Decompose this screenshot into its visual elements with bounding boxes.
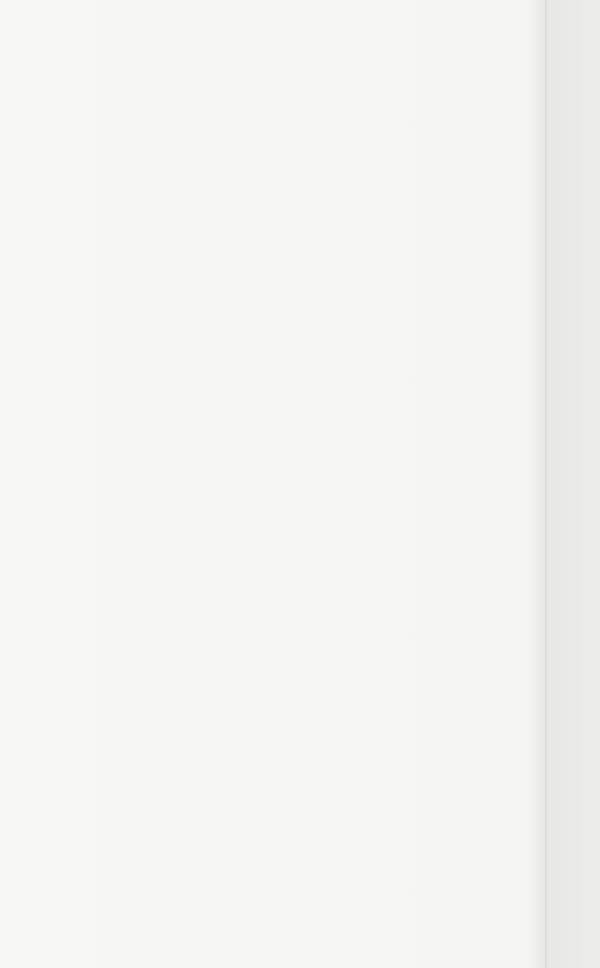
page-edge-strip	[545, 0, 600, 968]
manuscript-page	[0, 0, 600, 968]
